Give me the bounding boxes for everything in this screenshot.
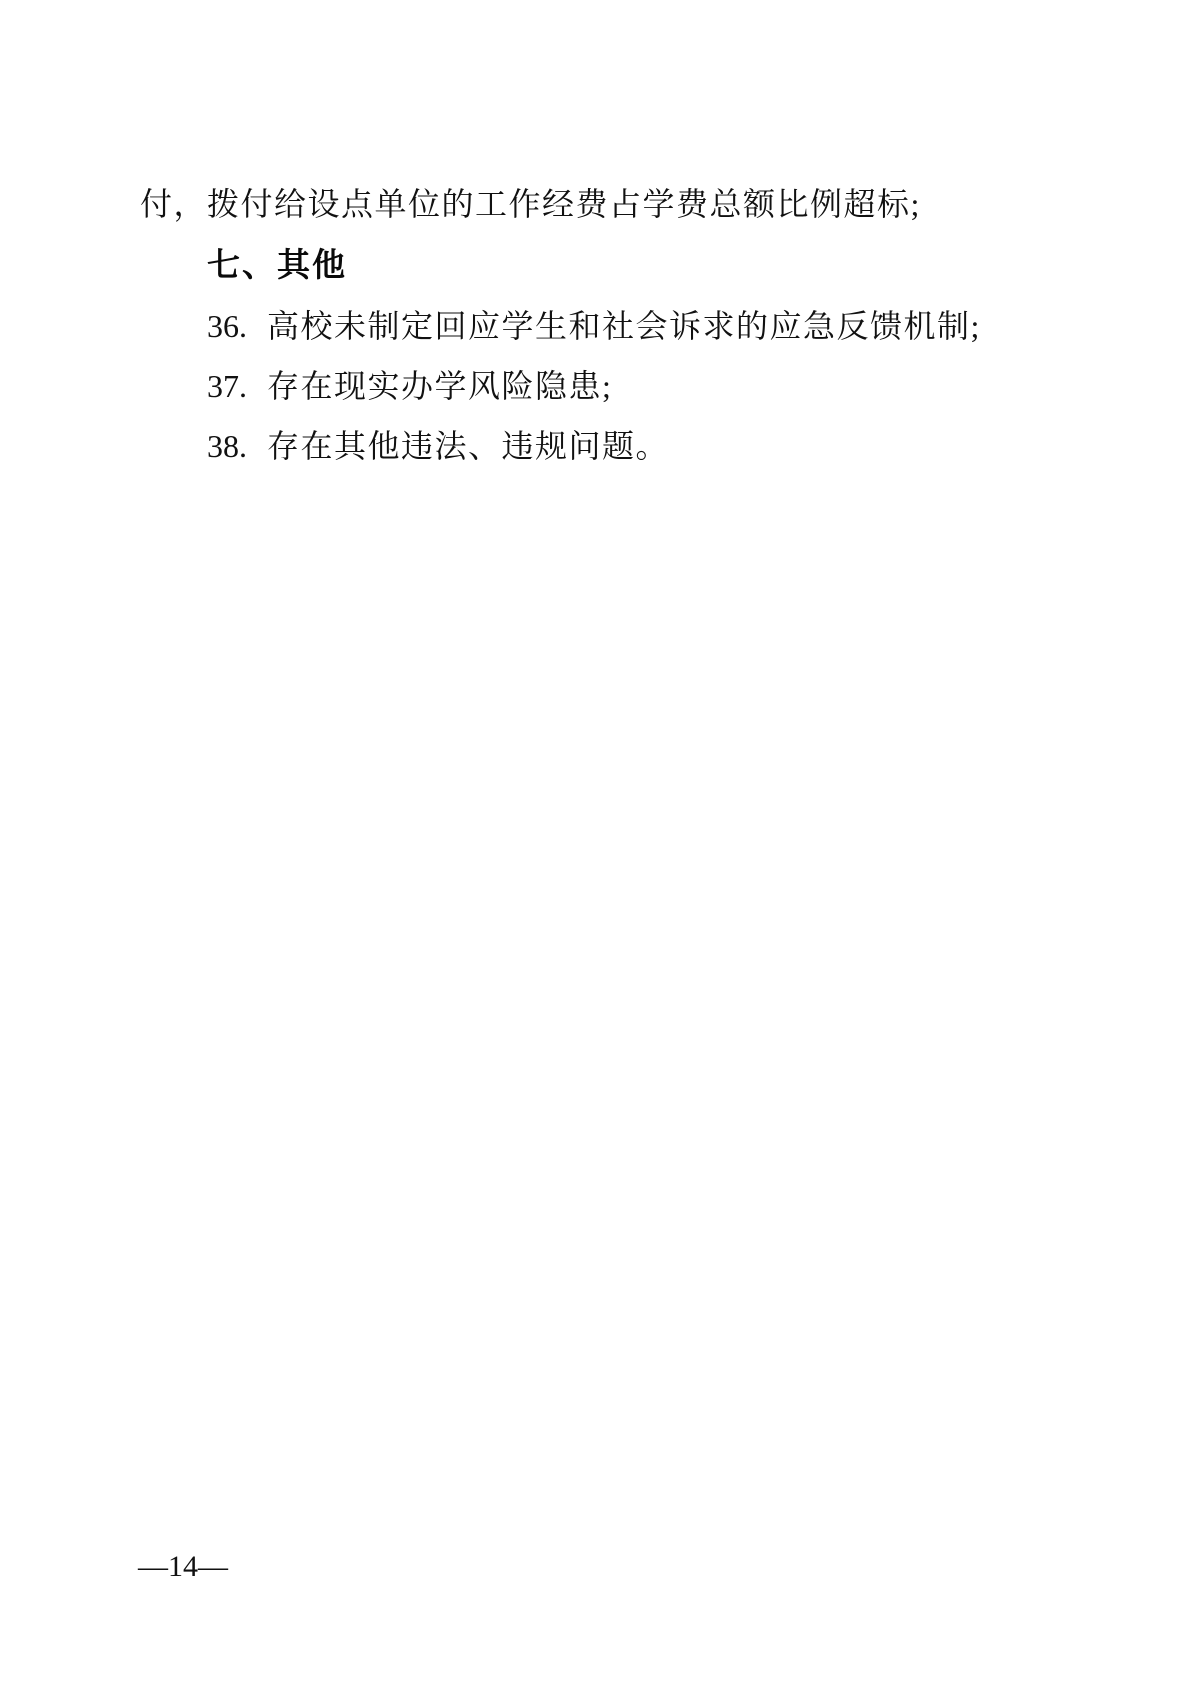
paragraph-continuation: 付，拨付给设点单位的工作经费占学费总额比例超标; (140, 184, 921, 224)
list-item-text: 存在其他违法、违规问题。 (267, 428, 669, 464)
list-item: 36.高校未制定回应学生和社会诉求的应急反馈机制; (207, 306, 981, 346)
list-item: 37.存在现实办学风险隐患; (207, 366, 612, 406)
list-item-text: 高校未制定回应学生和社会诉求的应急反馈机制; (267, 308, 981, 344)
section-heading: 七、其他 (207, 245, 347, 285)
list-item-number: 36. (207, 306, 247, 346)
list-item: 38.存在其他违法、违规问题。 (207, 426, 669, 466)
list-item-text: 存在现实办学风险隐患; (267, 368, 612, 404)
list-item-number: 38. (207, 426, 247, 466)
page-number: —14— (138, 1550, 228, 1584)
list-item-number: 37. (207, 366, 247, 406)
document-page: 付，拨付给设点单位的工作经费占学费总额比例超标; 七、其他 36.高校未制定回应… (0, 0, 1191, 1684)
